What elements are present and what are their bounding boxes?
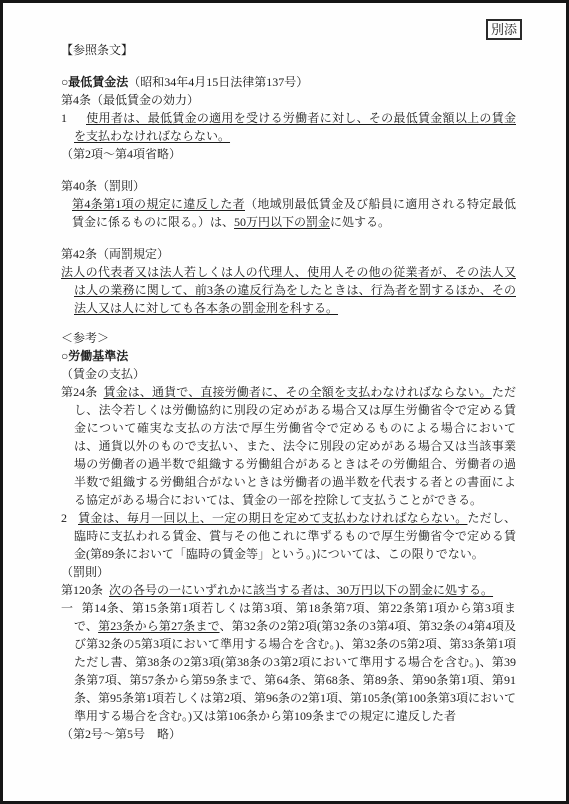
article120-label: 第120条 bbox=[61, 583, 103, 597]
paragraph1-number: 1 bbox=[61, 109, 86, 127]
article42-body: 法人の代表者又は法人若しくは人の代理人、使用人その他の従業者が、その法人又は人の… bbox=[61, 263, 516, 317]
attachment-label: 別添 bbox=[486, 19, 522, 40]
article24-paragraph1-text: 賃金は、通貨で、直接労働者に、その全額を支払わなければならない。ただし、法令若し… bbox=[74, 385, 516, 507]
article4-omitted-note: （第2項～第4項省略） bbox=[61, 145, 516, 163]
article24-paragraph1: 第24条賃金は、通貨で、直接労働者に、その全額を支払わなければならない。ただし、… bbox=[61, 383, 516, 509]
article42-heading: 第42条（両罰規定） bbox=[61, 245, 516, 263]
article24-paragraph2: 2賃金は、毎月一回以上、一定の期日を定めて支払わなければならない。ただし、臨時に… bbox=[61, 509, 516, 563]
article40-body: 第4条第1項の規定に違反した者（地域別最低賃金及び船員に適用される特定最低賃金に… bbox=[61, 195, 516, 231]
law2-subheading-penalty: （罰則） bbox=[61, 563, 516, 581]
paragraph2-number: 2 bbox=[61, 509, 78, 527]
article4-heading: 第4条（最低賃金の効力） bbox=[61, 91, 516, 109]
article120-item1-text: 第14条、第15条第1項若しくは第3項、第18条第7項、第22条第1項から第3項… bbox=[74, 601, 516, 723]
article4-paragraph1-text: 使用者は、最低賃金の適用を受ける労働者に対し、その最低賃金額以上の賃金を支払わな… bbox=[74, 111, 516, 143]
reference-label: ＜参考＞ bbox=[61, 329, 516, 347]
law2-name: ○労働基準法 bbox=[61, 349, 128, 363]
item1-number: 一 bbox=[61, 599, 81, 617]
document-page: 別添 【参照条文】 ○最低賃金法（昭和34年4月15日法律第137号） 第4条（… bbox=[0, 0, 569, 804]
law2-title: ○労働基準法 bbox=[61, 347, 516, 365]
article120-intro: 第120条次の各号の一にいずれかに該当する者は、30万円以下の罰金に処する。 bbox=[61, 581, 516, 599]
page-heading: 【参照条文】 bbox=[61, 41, 516, 59]
article24-paragraph2-text: 賃金は、毎月一回以上、一定の期日を定めて支払わなければならない。ただし、臨時に支… bbox=[74, 511, 516, 561]
article120-item1: 一第14条、第15条第1項若しくは第3項、第18条第7項、第22条第1項から第3… bbox=[61, 599, 516, 725]
article24-label: 第24条 bbox=[61, 385, 97, 399]
law1-name: ○最低賃金法 bbox=[61, 75, 128, 89]
law2-subheading-wage: （賃金の支払） bbox=[61, 365, 516, 383]
law1-title: ○最低賃金法（昭和34年4月15日法律第137号） bbox=[61, 73, 516, 91]
article40-heading: 第40条（罰則） bbox=[61, 177, 516, 195]
law1-note: （昭和34年4月15日法律第137号） bbox=[128, 75, 308, 89]
article120-intro-text: 次の各号の一にいずれかに該当する者は、30万円以下の罰金に処する。 bbox=[109, 583, 493, 597]
article4-paragraph1: 1使用者は、最低賃金の適用を受ける労働者に対し、その最低賃金額以上の賃金を支払わ… bbox=[61, 109, 516, 145]
article120-items-omitted-note: （第2号～第5号 略） bbox=[61, 725, 516, 743]
